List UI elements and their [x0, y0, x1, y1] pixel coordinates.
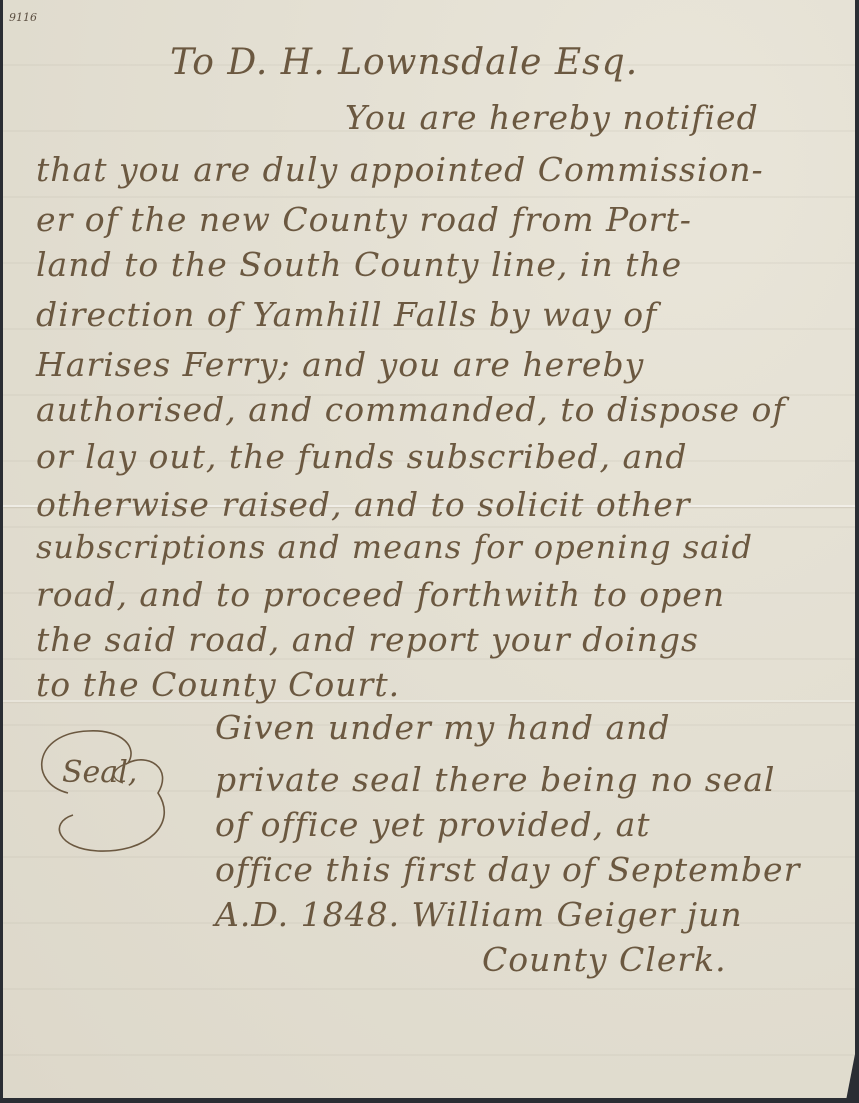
closing-line: Given under my hand and	[215, 708, 671, 747]
salutation: To D. H. Lownsdale Esq.	[170, 42, 638, 83]
body-line: You are hereby notified	[345, 98, 759, 137]
body-line: the said road, and report your doings	[36, 620, 699, 659]
body-line: direction of Yamhill Falls by way of	[36, 295, 657, 334]
body-line: subscriptions and means for opening said	[36, 528, 753, 566]
body-line: authorised, and commanded, to dispose of	[36, 390, 786, 429]
closing-line: A.D. 1848. William Geiger jun	[215, 895, 743, 934]
archive-number: 9116	[9, 11, 37, 24]
signature-title: County Clerk.	[482, 940, 727, 979]
body-line: or lay out, the funds subscribed, and	[36, 437, 688, 476]
closing-line: private seal there being no seal	[215, 760, 775, 799]
closing-line: office this first day of September	[215, 850, 800, 889]
body-line: that you are duly appointed Commission-	[36, 150, 764, 189]
body-line: Harises Ferry; and you are hereby	[36, 345, 644, 384]
body-line: er of the new County road from Port-	[36, 200, 692, 239]
body-line: otherwise raised, and to solicit other	[36, 485, 691, 524]
body-line: road, and to proceed forthwith to open	[36, 575, 725, 614]
seal-label: Seal,	[62, 755, 137, 790]
body-line: to the County Court.	[36, 665, 400, 704]
body-line: land to the South County line, in the	[36, 245, 682, 284]
closing-line: of office yet provided, at	[215, 805, 651, 844]
